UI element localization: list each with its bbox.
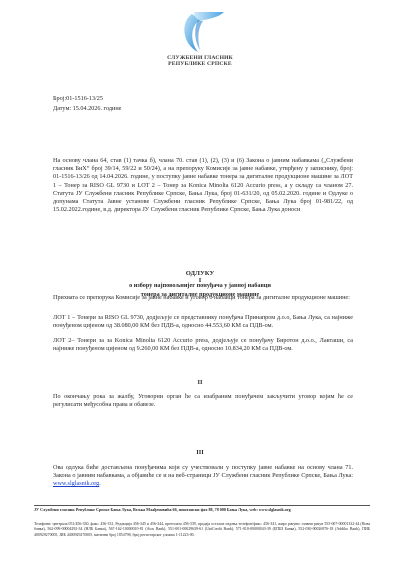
logo-icon <box>170 8 230 54</box>
section-3-text: Ова одлука биће достављена понуђачима ко… <box>53 464 353 479</box>
section-1-lot-2: ЛОТ 2– Тонери за за Konica Minolta 6120 … <box>53 337 353 353</box>
logo-text-line2: РЕПУБЛИКЕ СРПСКЕ <box>0 61 400 67</box>
section-2-numeral: II <box>0 379 400 386</box>
footer-divider <box>34 505 370 506</box>
footer-contact-details: Телефони: централа 051/456-330, факс: 45… <box>34 522 370 538</box>
section-1-numeral: I <box>0 277 400 284</box>
intro-paragraph: На основу члана 64, став (1) тачка б), ч… <box>53 157 353 214</box>
section-1-paragraph-1: Прихвата се препорука Комисије за јавне … <box>53 294 353 302</box>
website-link[interactable]: www.slglasnik.org <box>53 480 99 487</box>
section-2-paragraph: По окончању рока за жалбу, Уговорни орга… <box>53 393 353 409</box>
decision-title: ОДЛУКУ <box>0 270 400 277</box>
document-number: Број:01-1516-13/25 <box>53 94 121 104</box>
section-1-lot-1: ЛОТ 1 – Тонери за RISO GL 9730, додјељуј… <box>53 314 353 330</box>
letterhead: СЛУЖБЕНИ ГЛАСНИК РЕПУБЛИКЕ СРПСКЕ <box>0 8 400 67</box>
section-3-text-end: . <box>99 480 101 487</box>
document-meta: Број:01-1516-13/25 Датум: 15.04.2026. го… <box>53 94 121 114</box>
section-3-numeral: III <box>0 449 400 456</box>
document-date: Датум: 15.04.2026. године <box>53 104 121 114</box>
footer-address: ЈУ Службени гласник Републике Српске Бањ… <box>34 507 370 512</box>
section-3-paragraph: Ова одлука биће достављена понуђачима ко… <box>53 464 353 489</box>
